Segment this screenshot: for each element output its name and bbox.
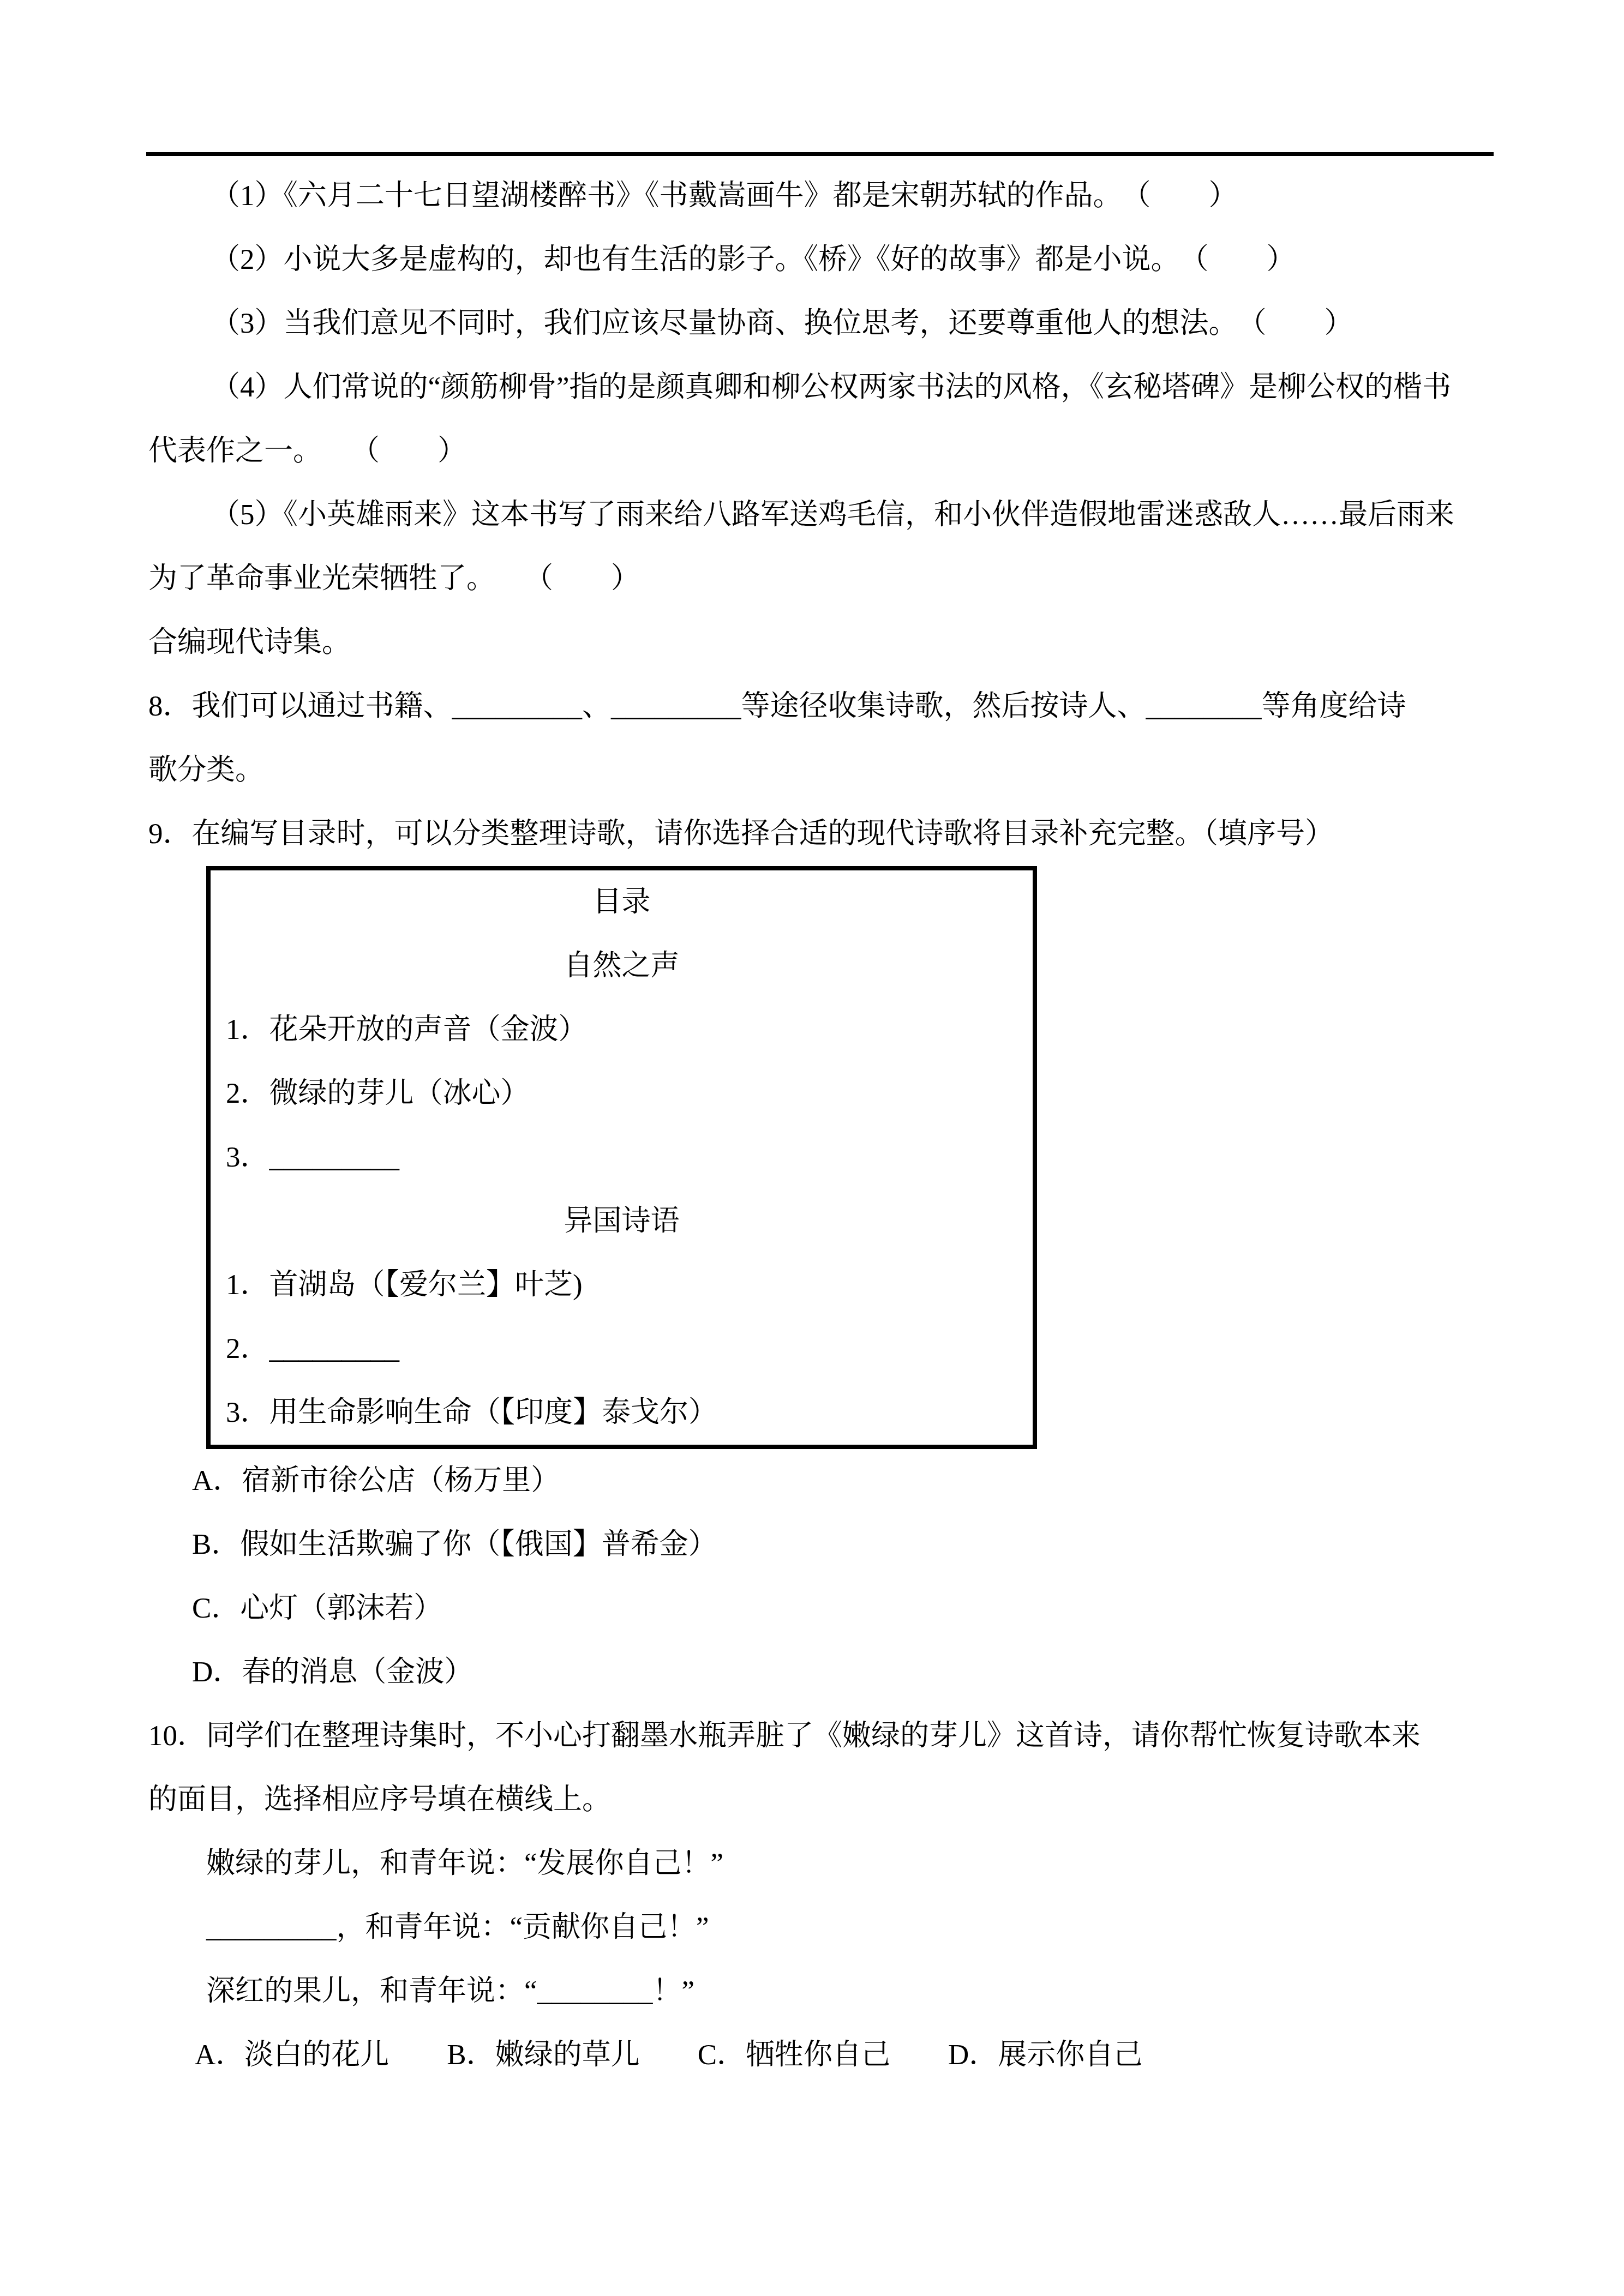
- orphan-line: 合编现代诗集。: [148, 611, 1490, 675]
- catalog-item-1-1: 1．花朵开放的声音（金波）: [211, 998, 1033, 1062]
- q10-poem-line-1: 嫩绿的芽儿，和青年说：“发展你自己！”: [206, 1832, 1490, 1896]
- q8-line-2: 歌分类。: [148, 738, 1490, 802]
- judge-item-4-line-2: 代表作之一。 （ ）: [148, 419, 1490, 483]
- catalog-title: 目录: [211, 870, 1033, 934]
- q10-options-line: A．淡白的花儿 B．嫩绿的草儿 C．牺牲你自己 D．展示你自己: [195, 2023, 1490, 2087]
- catalog-item-1-3: 3．_________: [211, 1126, 1033, 1189]
- q9-option-c: C．心灯（郭沫若）: [192, 1577, 1490, 1640]
- catalog-box: 目录 自然之声 1．花朵开放的声音（金波） 2．微绿的芽儿（冰心） 3．____…: [206, 866, 1037, 1449]
- catalog-section-1-title: 自然之声: [211, 934, 1033, 998]
- catalog-section-2-title: 异国诗语: [211, 1189, 1033, 1253]
- exam-page: （1）《六月二十七日望湖楼醉书》《书戴嵩画牛》都是宋朝苏轼的作品。 （ ） （2…: [0, 0, 1624, 2296]
- judge-item-1: （1）《六月二十七日望湖楼醉书》《书戴嵩画牛》都是宋朝苏轼的作品。 （ ）: [211, 164, 1490, 228]
- catalog-item-1-2: 2．微绿的芽儿（冰心）: [211, 1062, 1033, 1126]
- q10-stem-line-1: 10．同学们在整理诗集时，不小心打翻墨水瓶弄脏了《嫩绿的芽儿》这首诗，请你帮忙恢…: [148, 1704, 1490, 1768]
- catalog-item-2-1: 1．首湖岛（【爱尔兰】叶芝): [211, 1253, 1033, 1317]
- catalog-item-2-3: 3．用生命影响生命（【印度】泰戈尔）: [211, 1381, 1033, 1445]
- judge-item-2: （2）小说大多是虚构的，却也有生活的影子。《桥》《好的故事》都是小说。 （ ）: [211, 228, 1490, 292]
- judge-item-4-line-1: （4）人们常说的“颜筋柳骨”指的是颜真卿和柳公权两家书法的风格，《玄秘塔碑》是柳…: [211, 356, 1490, 419]
- q9-option-a: A．宿新市徐公店（杨万里）: [192, 1449, 1490, 1513]
- q8-line-1: 8．我们可以通过书籍、_________、_________等途径收集诗歌，然后…: [148, 675, 1490, 738]
- q10-poem-line-2: _________，和青年说：“贡献你自己！”: [206, 1896, 1490, 1960]
- q10-stem-line-2: 的面目，选择相应序号填在横线上。: [148, 1768, 1490, 1832]
- header-rule: [146, 152, 1494, 156]
- q10-poem-line-3: 深红的果儿，和青年说：“________！”: [206, 1960, 1490, 2023]
- judge-item-3: （3）当我们意见不同时，我们应该尽量协商、换位思考，还要尊重他人的想法。 （ ）: [211, 292, 1490, 356]
- q9-stem: 9．在编写目录时，可以分类整理诗歌，请你选择合适的现代诗歌将目录补充完整。（填序…: [148, 802, 1490, 866]
- q9-option-d: D．春的消息（金波）: [192, 1640, 1490, 1704]
- judge-item-5-line-1: （5）《小英雄雨来》这本书写了雨来给八路军送鸡毛信，和小伙伴造假地雷迷惑敌人………: [211, 483, 1490, 547]
- catalog-item-2-2: 2．_________: [211, 1317, 1033, 1381]
- judge-item-5-line-2: 为了革命事业光荣牺牲了。 （ ）: [148, 547, 1490, 611]
- q9-option-b: B．假如生活欺骗了你（【俄国】普希金）: [192, 1513, 1490, 1577]
- exam-body: （1）《六月二十七日望湖楼醉书》《书戴嵩画牛》都是宋朝苏轼的作品。 （ ） （2…: [148, 164, 1490, 2087]
